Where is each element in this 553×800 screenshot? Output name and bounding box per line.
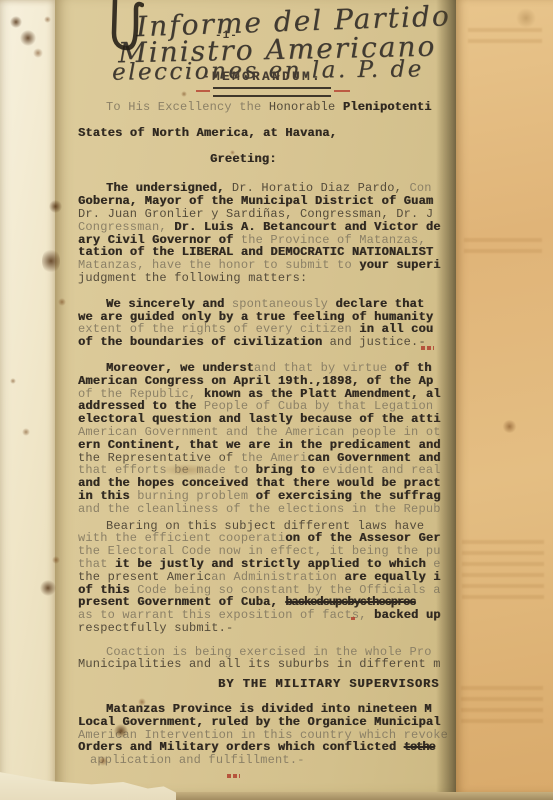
document-paragraph: Coaction is being exercised in the whole… bbox=[78, 646, 458, 672]
stain bbox=[40, 580, 56, 596]
section-heading: BY THE MILITARY SUPERVISORS bbox=[78, 678, 458, 691]
red-pencil-mark bbox=[351, 617, 356, 620]
stain bbox=[58, 298, 66, 306]
stain bbox=[44, 16, 51, 23]
doc-line: States of North America, at Havana, bbox=[78, 127, 458, 140]
doc-line: To His Excellency the Honorable Plenipot… bbox=[78, 101, 458, 114]
stain bbox=[181, 91, 187, 97]
doc-line: application and fulfillment.- bbox=[78, 754, 458, 767]
bleed-through-text bbox=[462, 540, 544, 606]
bleed-through-text bbox=[461, 686, 543, 724]
typed-document: To His Excellency the Honorable Plenipot… bbox=[78, 101, 458, 780]
document-paragraph: States of North America, at Havana, bbox=[78, 127, 458, 140]
document-paragraph: To His Excellency the Honorable Plenipot… bbox=[78, 101, 458, 114]
document-paragraph: The undersigned, Dr. Horatio Diaz Pardo,… bbox=[78, 182, 458, 284]
doc-line: judgment the following matters: bbox=[78, 272, 458, 285]
stain bbox=[49, 200, 62, 213]
stain bbox=[160, 464, 212, 476]
stain bbox=[42, 248, 60, 274]
page-fold-shadow bbox=[436, 0, 457, 792]
red-pencil-mark bbox=[196, 90, 210, 92]
document-paragraph: Bearing on this subject different laws h… bbox=[78, 520, 458, 635]
stain bbox=[516, 8, 536, 28]
stain bbox=[20, 30, 36, 46]
stain bbox=[98, 756, 108, 766]
memo-title: -MEMORANDUM.- bbox=[202, 70, 332, 84]
memo-title-underline bbox=[213, 87, 331, 97]
document-paragraph: Matanzas Province is divided into ninete… bbox=[78, 703, 458, 767]
document-paragraph: Greeting: bbox=[78, 153, 458, 166]
adjacent-page bbox=[456, 0, 553, 792]
stain bbox=[52, 556, 60, 564]
bleed-through-text bbox=[468, 28, 542, 44]
doc-line: and the cleanliness of the elections in … bbox=[78, 503, 458, 516]
doc-line: respectfully submit.- bbox=[78, 622, 458, 635]
doc-line: of the boundaries of civilization and ju… bbox=[78, 336, 458, 349]
document-paragraph: Moreover, we understand that by virtue o… bbox=[78, 362, 458, 516]
red-pencil-mark bbox=[421, 346, 434, 350]
bleed-through-text bbox=[464, 238, 542, 258]
doc-line: Greeting: bbox=[78, 153, 458, 166]
stain bbox=[138, 698, 146, 706]
doc-line: BY THE MILITARY SUPERVISORS bbox=[218, 678, 458, 691]
stain bbox=[230, 150, 235, 155]
stain bbox=[114, 724, 128, 738]
red-pencil-mark bbox=[227, 774, 240, 778]
stain bbox=[502, 420, 517, 433]
paperclip-mark bbox=[108, 0, 144, 56]
document-scan: Informe del Partido Li -1- Ministro Amer… bbox=[0, 0, 553, 800]
under-page-edge bbox=[0, 0, 57, 792]
doc-line: Municipalities and all its suburbs in di… bbox=[78, 658, 458, 671]
stain bbox=[10, 378, 16, 384]
stain bbox=[10, 16, 22, 28]
red-pencil-mark bbox=[334, 90, 350, 92]
stain bbox=[22, 428, 30, 436]
document-paragraph: We sincerely and spontaneously declare t… bbox=[78, 298, 458, 349]
stain bbox=[33, 48, 43, 58]
